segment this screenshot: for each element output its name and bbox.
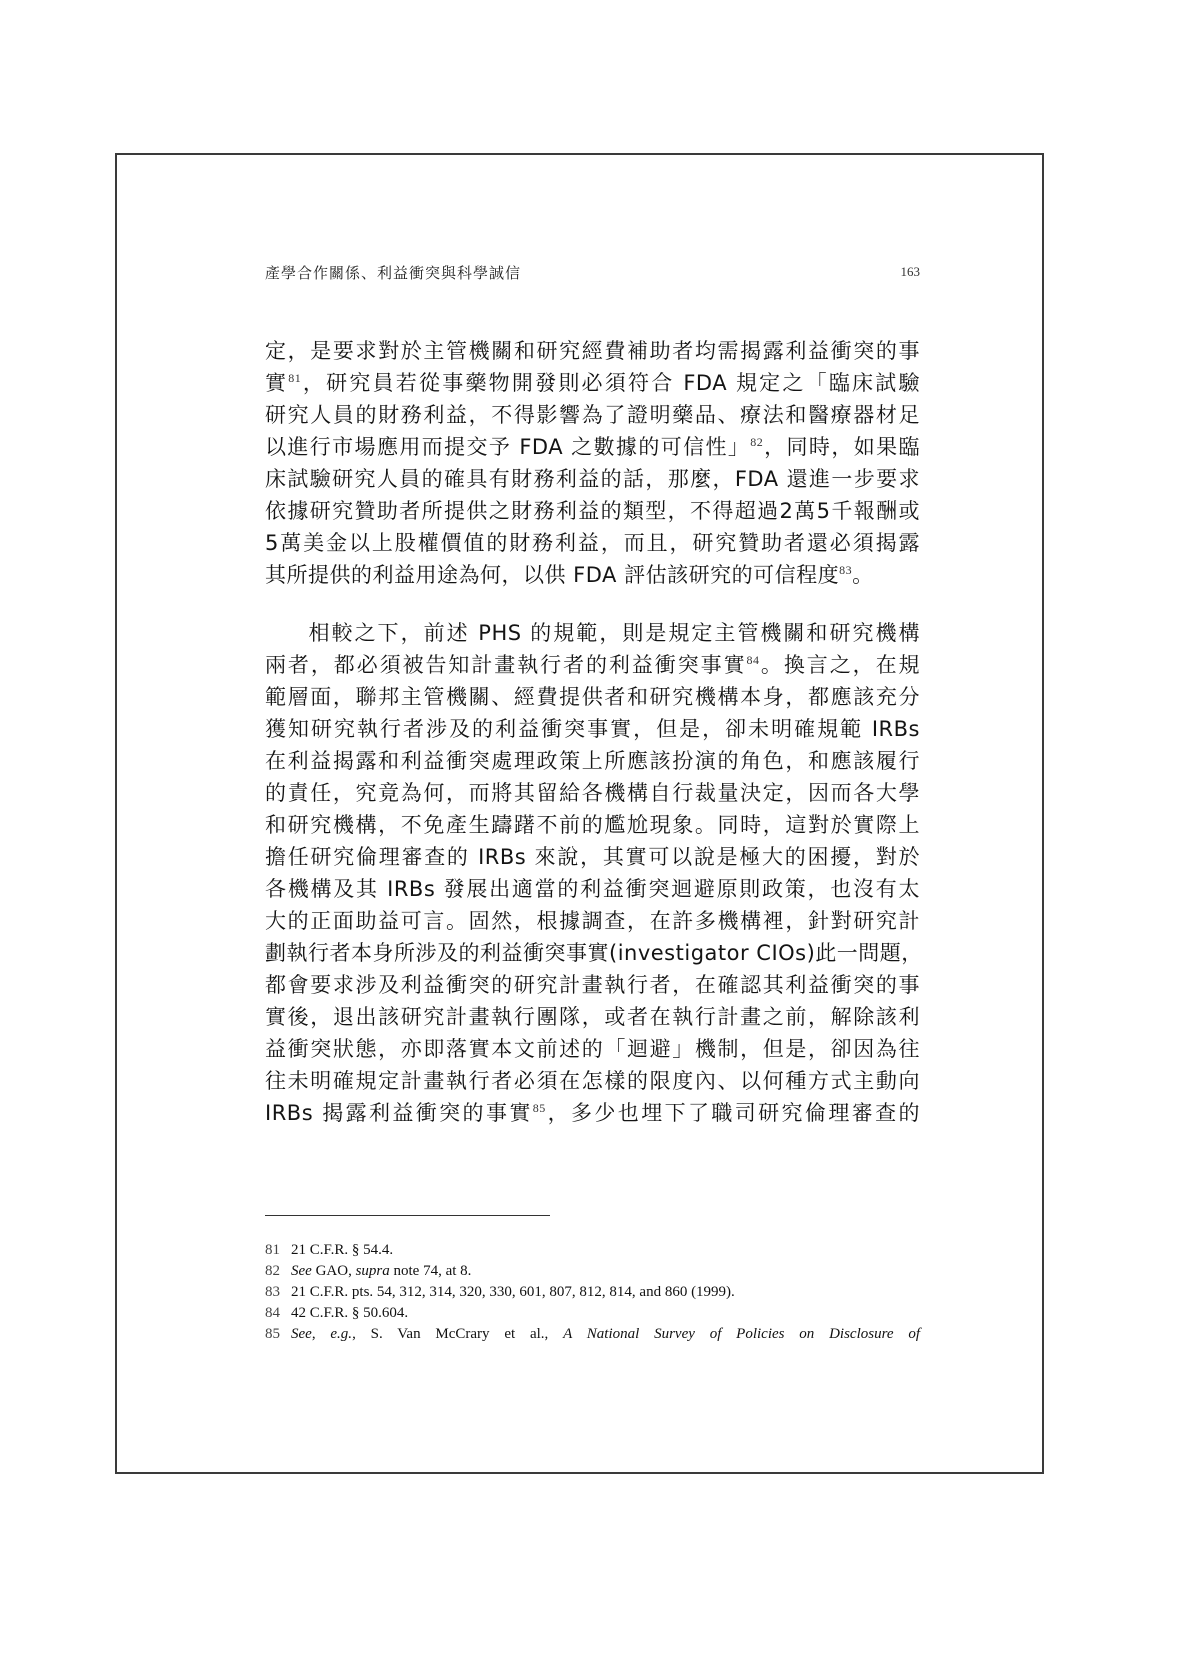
page-number: 163 <box>901 264 921 280</box>
footnotes: 8121 C.F.R. § 54.4. 82See GAO, supra not… <box>265 1240 920 1345</box>
line-text: 實後，退出該研究計畫執行團隊，或者在執行計畫之前，解除該利 <box>265 1005 920 1029</box>
line-text: 獲知研究執行者涉及的利益衝突事實，但是，卻未明確規範 IRBs <box>265 717 920 741</box>
running-head: 產學合作關係、利益衝突與科學誠信 163 <box>265 262 920 286</box>
text-line: 的責任，究竟為何，而將其留給各機構自行裁量決定，因而各大學 <box>265 777 920 809</box>
footnote-ref-82[interactable]: 82 <box>750 435 763 449</box>
footnote-number: 82 <box>265 1261 291 1282</box>
line-text: 往未明確規定計畫執行者必須在怎樣的限度內、以何種方式主動向 <box>265 1069 920 1093</box>
footnote-text: 21 C.F.R. pts. 54, 312, 314, 320, 330, 6… <box>291 1284 735 1300</box>
footnote-text: GAO, <box>312 1263 356 1279</box>
line-text: 益衝突狀態，亦即落實本文前述的「迴避」機制，但是，卻因為往 <box>265 1037 920 1061</box>
footnote-text: A National Survey of Policies on Disclos… <box>563 1326 920 1342</box>
line-text: 。換言之，在規 <box>760 653 921 677</box>
line-text: 研究人員的財務利益，不得影響為了證明藥品、療法和醫療器材足 <box>265 403 920 427</box>
line-text: 床試驗研究人員的確具有財務利益的話，那麼，FDA 還進一步要求 <box>265 467 920 491</box>
line-text: 的責任，究竟為何，而將其留給各機構自行裁量決定，因而各大學 <box>265 781 920 805</box>
line-text: 在利益揭露和利益衝突處理政策上所應該扮演的角色，和應該履行 <box>265 749 920 773</box>
footnote-ref-81[interactable]: 81 <box>288 371 301 385</box>
text-line: 床試驗研究人員的確具有財務利益的話，那麼，FDA 還進一步要求 <box>265 463 920 495</box>
text-line: 獲知研究執行者涉及的利益衝突事實，但是，卻未明確規範 IRBs <box>265 713 920 745</box>
text-line: 研究人員的財務利益，不得影響為了證明藥品、療法和醫療器材足 <box>265 399 920 431</box>
text-line: 以進行市場應用而提交予 FDA 之數據的可信性」82，同時，如果臨 <box>265 431 920 463</box>
body-text: 定，是要求對於主管機關和研究經費補助者均需揭露利益衝突的事 實81，研究員若從事… <box>265 335 920 1129</box>
line-text: 5萬美金以上股權價值的財務利益，而且，研究贊助者還必須揭露 <box>265 531 920 555</box>
footnote-number: 84 <box>265 1303 291 1324</box>
text-line: 往未明確規定計畫執行者必須在怎樣的限度內、以何種方式主動向 <box>265 1065 920 1097</box>
line-text: 依據研究贊助者所提供之財務利益的類型，不得超過2萬5千報酬或 <box>265 499 920 523</box>
footnote-81: 8121 C.F.R. § 54.4. <box>265 1240 920 1261</box>
line-text: 其所提供的利益用途為何，以供 FDA 評估該研究的可信程度 <box>265 563 839 587</box>
text-line: 在利益揭露和利益衝突處理政策上所應該扮演的角色，和應該履行 <box>265 745 920 777</box>
footnote-text: e.g. <box>330 1326 352 1342</box>
footnote-separator <box>265 1215 550 1216</box>
footnote-number: 83 <box>265 1282 291 1303</box>
footnote-84: 8442 C.F.R. § 50.604. <box>265 1303 920 1324</box>
line-text: IRBs 揭露利益衝突的事實 <box>265 1101 533 1125</box>
footnote-text: See <box>291 1263 312 1279</box>
footnote-text: note 74, at 8. <box>390 1263 472 1279</box>
text-line: 都會要求涉及利益衝突的研究計畫執行者，在確認其利益衝突的事 <box>265 969 920 1001</box>
line-text: 各機構及其 IRBs 發展出適當的利益衝突迴避原則政策，也沒有太 <box>265 877 920 901</box>
line-text: 都會要求涉及利益衝突的研究計畫執行者，在確認其利益衝突的事 <box>265 973 920 997</box>
text-line: 實81，研究員若從事藥物開發則必須符合 FDA 規定之「臨床試驗 <box>265 367 920 399</box>
footnote-83: 8321 C.F.R. pts. 54, 312, 314, 320, 330,… <box>265 1282 920 1303</box>
line-text: 大的正面助益可言。固然，根據調查，在許多機構裡，針對研究計 <box>265 909 920 933</box>
line-text: ，多少也埋下了職司研究倫理審查的 <box>546 1101 920 1125</box>
text-line: 相較之下，前述 PHS 的規範，則是規定主管機關和研究機構 <box>265 617 920 649</box>
text-line: 擔任研究倫理審查的 IRBs 來說，其實可以說是極大的困擾，對於 <box>265 841 920 873</box>
line-text: 擔任研究倫理審查的 IRBs 來說，其實可以說是極大的困擾，對於 <box>265 845 920 869</box>
line-text: 兩者，都必須被告知計畫執行者的利益衝突事實 <box>265 653 747 677</box>
text-line: 其所提供的利益用途為何，以供 FDA 評估該研究的可信程度83。 <box>265 559 920 591</box>
line-text: 實 <box>265 371 288 395</box>
text-line: 各機構及其 IRBs 發展出適當的利益衝突迴避原則政策，也沒有太 <box>265 873 920 905</box>
line-text: 。 <box>852 563 874 587</box>
text-line: 兩者，都必須被告知計畫執行者的利益衝突事實84。換言之，在規 <box>265 649 920 681</box>
footnote-text: , <box>312 1326 331 1342</box>
footnote-ref-85[interactable]: 85 <box>533 1101 546 1115</box>
footnote-text: See <box>291 1326 312 1342</box>
footnote-ref-84[interactable]: 84 <box>747 653 760 667</box>
footnote-text: , S. Van McCrary et al., <box>352 1326 563 1342</box>
line-text: 和研究機構，不免產生躊躇不前的尷尬現象。同時，這對於實際上 <box>265 813 920 837</box>
text-line: 和研究機構，不免產生躊躇不前的尷尬現象。同時，這對於實際上 <box>265 809 920 841</box>
footnote-ref-83[interactable]: 83 <box>839 563 852 577</box>
footnote-number: 85 <box>265 1324 291 1345</box>
text-line: 定，是要求對於主管機關和研究經費補助者均需揭露利益衝突的事 <box>265 335 920 367</box>
footnote-85: 85See, e.g., S. Van McCrary et al., A Na… <box>265 1324 920 1345</box>
paragraph-2: 相較之下，前述 PHS 的規範，則是規定主管機關和研究機構 兩者，都必須被告知計… <box>265 617 920 1129</box>
text-line: 益衝突狀態，亦即落實本文前述的「迴避」機制，但是，卻因為往 <box>265 1033 920 1065</box>
footnote-text: 21 C.F.R. § 54.4. <box>291 1242 393 1258</box>
footnote-82: 82See GAO, supra note 74, at 8. <box>265 1261 920 1282</box>
footnote-number: 81 <box>265 1240 291 1261</box>
line-text: 相較之下，前述 PHS 的規範，則是規定主管機關和研究機構 <box>307 621 920 645</box>
text-line: 實後，退出該研究計畫執行團隊，或者在執行計畫之前，解除該利 <box>265 1001 920 1033</box>
running-title: 產學合作關係、利益衝突與科學誠信 <box>265 262 521 283</box>
text-line: 依據研究贊助者所提供之財務利益的類型，不得超過2萬5千報酬或 <box>265 495 920 527</box>
line-text: ，研究員若從事藥物開發則必須符合 FDA 規定之「臨床試驗 <box>301 371 920 395</box>
line-text: ，同時，如果臨 <box>763 435 920 459</box>
footnote-text: supra <box>356 1263 390 1279</box>
footnote-text: 42 C.F.R. § 50.604. <box>291 1305 408 1321</box>
text-line: 劃執行者本身所涉及的利益衝突事實(investigator CIOs)此一問題， <box>265 937 920 969</box>
line-text: 以進行市場應用而提交予 FDA 之數據的可信性」 <box>265 435 750 459</box>
text-line: IRBs 揭露利益衝突的事實85，多少也埋下了職司研究倫理審查的 <box>265 1097 920 1129</box>
text-line: 範層面，聯邦主管機關、經費提供者和研究機構本身，都應該充分 <box>265 681 920 713</box>
text-line: 5萬美金以上股權價值的財務利益，而且，研究贊助者還必須揭露 <box>265 527 920 559</box>
line-text: 劃執行者本身所涉及的利益衝突事實(investigator CIOs)此一問題， <box>265 941 923 965</box>
line-text: 範層面，聯邦主管機關、經費提供者和研究機構本身，都應該充分 <box>265 685 920 709</box>
line-text: 定，是要求對於主管機關和研究經費補助者均需揭露利益衝突的事 <box>265 339 920 363</box>
text-line: 大的正面助益可言。固然，根據調查，在許多機構裡，針對研究計 <box>265 905 920 937</box>
paragraph-1: 定，是要求對於主管機關和研究經費補助者均需揭露利益衝突的事 實81，研究員若從事… <box>265 335 920 591</box>
